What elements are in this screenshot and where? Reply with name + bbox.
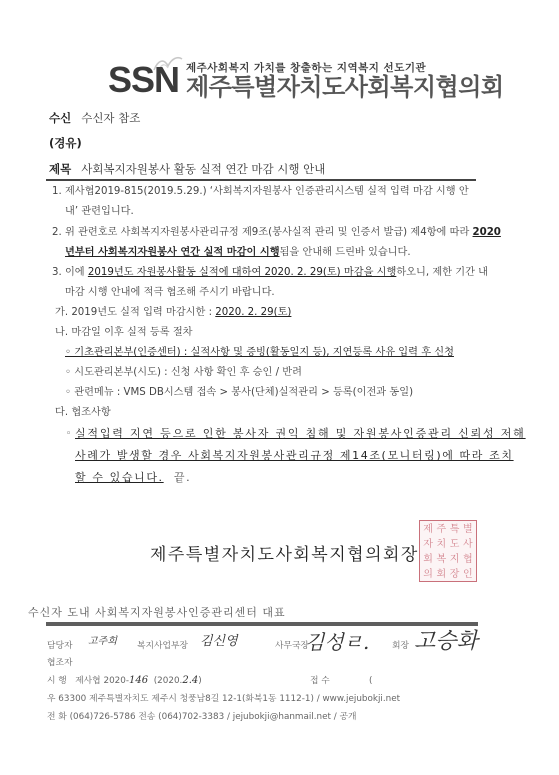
item-3-emphasis: 2019년도 자원봉사활동 실적에 대하여 2020. 2. 29(토) 마감을… bbox=[88, 267, 396, 278]
enforcement-date-suffix: ) bbox=[198, 676, 201, 686]
seal-char: 인 bbox=[462, 568, 474, 582]
sub-na: 나. 마감일 이후 실적 등록 절차 bbox=[55, 328, 193, 338]
chair-label: 회장 bbox=[392, 638, 409, 651]
item-1-line-1: 1. 제사협2019-815(2019.5.29.) ‘사회복지자원봉사 인증관… bbox=[52, 187, 469, 197]
organization-name: 제주특별자치도사회복지협의회 bbox=[186, 74, 504, 100]
bullet-4-line-1: 실적입력 지연 등으로 인한 봉사자 권익 침해 및 자원봉사인증관리 신뢰성 … bbox=[75, 428, 526, 439]
recipient-value: 수신자 참조 bbox=[81, 111, 140, 125]
enforcement-number: 제사협 2020- bbox=[75, 676, 129, 686]
staff-signature: 고주희 bbox=[88, 632, 117, 647]
bullet-basic-center: ◦ 기초관리본부(인증센터) : 실적사항 및 증빙(활동일지 등), 지연등록… bbox=[65, 348, 454, 358]
item-3-line-1: 3. 이에 2019년도 자원봉사활동 실적에 대하여 2020. 2. 29(… bbox=[52, 268, 488, 278]
bullet-4-line-3-text: 할 수 있습니다. bbox=[75, 471, 164, 484]
seal-char: 회 bbox=[435, 568, 447, 582]
via-row: (경유) bbox=[49, 135, 92, 151]
secretary-signature: 김성ㄹ. bbox=[305, 626, 369, 655]
seal-char: 장 bbox=[449, 568, 461, 582]
enforcement-label: 시 행 bbox=[47, 676, 67, 686]
recipient-label: 수신 bbox=[49, 111, 71, 125]
seal-char: 도 bbox=[449, 538, 461, 552]
seal-char: 복 bbox=[435, 553, 447, 567]
seal-char: 별 bbox=[462, 523, 474, 537]
director-label: 복지사업부장 bbox=[137, 638, 188, 651]
seal-char: 의 bbox=[422, 568, 434, 582]
end-mark: 끝. bbox=[174, 471, 191, 484]
bullet-related-menu: ◦ 관련메뉴 : VMS DB시스템 접속 > 봉사(단체)실적관리 > 등록(… bbox=[65, 388, 413, 398]
seal-char: 사 bbox=[462, 538, 474, 552]
item-2-emphasis: 2020 bbox=[473, 227, 501, 238]
seal-char: 제 bbox=[422, 523, 434, 537]
director-signature: 김신영 bbox=[200, 630, 238, 649]
receipt-label: 접 수 bbox=[310, 676, 330, 686]
item-3-line-2: 마감 시행 안내에 적극 협조해 주시기 바랍니다. bbox=[65, 288, 275, 298]
bullet-4-line-2: 사례가 발생할 경우 사회복지자원봉사관리규정 제14조(모니터링)에 따라 조… bbox=[75, 450, 514, 461]
sub-ga-text: 가. 2019년도 실적 입력 마감시한 : bbox=[55, 307, 215, 318]
via-label: (경유) bbox=[49, 136, 82, 150]
enforcement-row: 시 행 제사협 2020-146 (2020.2.4) bbox=[47, 673, 202, 686]
seal-char: 협 bbox=[462, 553, 474, 567]
seal-char: 주 bbox=[435, 523, 447, 537]
item-2-text-2: 됨을 안내해 드린바 있습니다. bbox=[280, 247, 411, 258]
recipients-list: 수신자 도내 사회복지자원봉사인증관리센터 대표 bbox=[28, 604, 286, 620]
official-seal-stamp: 제 주 특 별 자 치 도 사 회 복 지 협 의 회 장 인 bbox=[419, 520, 477, 582]
recipient-row: 수신수신자 참조 bbox=[49, 110, 140, 126]
chair-signature: 고승화 bbox=[414, 624, 478, 655]
logo-ssn: SSN bbox=[108, 62, 179, 98]
sender-name: 제주특별자치도사회복지협의회장 bbox=[150, 540, 419, 565]
enforcement-handwritten-date: 2.4 bbox=[182, 675, 198, 686]
item-2-text: 2. 위 관련호로 사회복지자원봉사관리규정 제9조(봉사실적 관리 및 인증서… bbox=[52, 227, 473, 238]
item-3-text: 3. 이에 bbox=[52, 267, 88, 278]
cooperator-label: 협조자 bbox=[47, 655, 73, 668]
secretary-label: 사무국장 bbox=[275, 638, 309, 651]
item-1-line-2: 내’ 관련입니다. bbox=[65, 207, 134, 217]
title-divider bbox=[46, 179, 476, 181]
receipt-value: ( bbox=[369, 676, 372, 686]
seal-char: 지 bbox=[449, 553, 461, 567]
bullet-4-line-3: 할 수 있습니다. 끝. bbox=[75, 472, 191, 483]
item-2-line-1: 2. 위 관련호로 사회복지자원봉사관리규정 제9조(봉사실적 관리 및 인증서… bbox=[52, 228, 501, 238]
subject-label: 제목 bbox=[49, 162, 71, 176]
receipt-row: 접 수 ( bbox=[310, 673, 372, 686]
item-2-line-2: 년부터 사회복지자원봉사 연간 실적 마감이 시행됨을 안내해 드린바 있습니다… bbox=[65, 248, 411, 258]
enforcement-date-prefix: (2020. bbox=[154, 676, 183, 686]
sub-ga-deadline: 2020. 2. 29(토) bbox=[215, 307, 291, 318]
staff-label: 담당자 bbox=[47, 638, 73, 651]
sub-ga: 가. 2019년도 실적 입력 마감시한 : 2020. 2. 29(토) bbox=[55, 308, 291, 318]
address-line: 우 63300 제주특별자치도 제주시 청풍남8길 12-1(화북1동 1112… bbox=[47, 691, 400, 704]
sub-da: 다. 협조사항 bbox=[55, 408, 111, 418]
subject-value: 사회복지자원봉사 활동 실적 연간 마감 시행 안내 bbox=[81, 162, 325, 176]
contact-line: 전 화 (064)726-5786 전송 (064)702-3383 / jej… bbox=[47, 709, 357, 722]
bullet-4-mark: ◦ bbox=[66, 430, 71, 439]
seal-char: 회 bbox=[422, 553, 434, 567]
seal-char: 치 bbox=[435, 538, 447, 552]
seal-char: 자 bbox=[422, 538, 434, 552]
item-3-text-2: 하오니, 제한 기간 내 bbox=[396, 267, 488, 278]
enforcement-handwritten-number: 146 bbox=[129, 675, 148, 686]
seal-char: 특 bbox=[449, 523, 461, 537]
bullet-province-center: ◦ 시도관리본부(시도) : 신청 사항 확인 후 승인 / 반려 bbox=[65, 368, 302, 378]
subject-row: 제목사회복지자원봉사 활동 실적 연간 마감 시행 안내 bbox=[49, 161, 325, 177]
item-2-emphasis-2: 년부터 사회복지자원봉사 연간 실적 마감이 시행 bbox=[65, 247, 280, 258]
